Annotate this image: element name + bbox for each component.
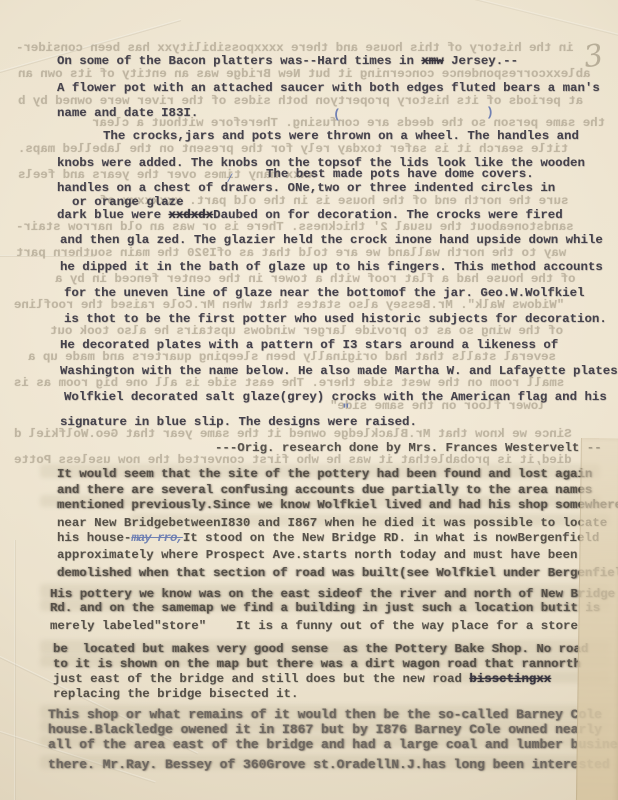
text-segment: his house- [57,531,131,545]
text-segment: Jersey.-- [444,54,518,68]
typed-line: dark blue were xxdxdxDaubed on for decor… [57,209,563,221]
bleed-through-line: of the wing so as to provide larger wind… [50,325,563,337]
pencil-page-number: 3 [582,41,605,73]
bleed-through-line: died,it is probablethat it was he who fi… [14,454,572,466]
bleed-through-line: sandstoneabout the usual 2' thickness. T… [16,221,574,233]
typed-line: Rd. and on the samemap we find a buildin… [50,602,600,614]
xout-segment: xxdxdx [169,208,214,222]
typed-line: handles on a chest of drawers. ONe,two o… [57,182,555,194]
typed-line: his house-may rro,It stood on the New Br… [57,532,599,544]
crease-top-right [472,0,618,41]
blue-paren-open-mark: ( [333,108,341,121]
typed-line: near New BridgebetweenI830 and I867 when… [57,517,607,529]
bleed-through-line: small room on the west side there. The e… [14,377,564,389]
typed-line: just east of the bridge and still does b… [53,673,551,685]
bleed-through-line: several stalls that had originally been … [28,351,556,363]
typed-line: house.Blackledge owened it in I867 but b… [48,723,602,736]
typed-line: or orange glaze [72,196,184,208]
typed-line: approximately where Prospect Ave.starts … [57,549,578,561]
text-segment: On some of the Bacon platters was--Hard … [57,54,421,68]
text-segment: Daubed on for decoration. The crocks wer… [213,208,562,222]
typed-line: he dipped it in the bath of glaze up to … [60,261,603,273]
typed-line: for the uneven line of glaze near the bo… [64,287,585,299]
typed-line: merely labeled"store" It is a funny out … [50,620,578,632]
typed-line: name and date I83I. [57,107,198,119]
text-segment: just east of the bridge and still does b… [53,672,469,686]
credit-line: ---Orig. research done by Mrs. Frances W… [215,442,602,454]
bleed-through-line: way to the north walland we are told tha… [16,247,566,259]
typed-line: It would seem that the site of the potte… [57,468,592,480]
crease-left-vertical [14,540,16,800]
bleed-through-line: of the house had a flat roof with a towe… [55,273,576,285]
text-segment: dark blue were [57,208,169,222]
typed-line: signature in blue slip. The designs were… [60,416,417,428]
bleed-through-line: in the history of this house and there x… [16,42,574,54]
typed-line: all of the area east of the bridge and h… [48,738,618,751]
typed-line: This shop or what remains of it would th… [48,708,602,721]
inserted-line: The best made pots have dome covers. [266,168,534,180]
bleed-through-line: Since we know that Mr.Blackledge owned i… [14,428,572,440]
text-segment: It stood on the New Bridge RD. in what i… [183,531,599,545]
typed-line: The crocks,jars and pots were thrown on … [103,130,579,142]
typed-line: His pottery we know was on the east side… [50,588,615,600]
typed-line: Wolfkiel decorated salt glaze(grey) croc… [64,391,607,403]
typed-line: be located but makes very good sense as … [53,643,588,655]
typed-line: demolished when that section of road was… [57,567,618,579]
blue-double-tick-mark: ″ [342,403,350,416]
scrawl-segment: may rro, [131,531,183,545]
bleed-through-line: "Widows Walk". Mr.Bessey also states tha… [14,299,564,311]
typed-line: and then gla zed. The glazier held the c… [60,234,603,246]
blue-caret-mark: ∕ [226,172,234,185]
typed-line: replacing the bridge bisected it. [53,688,298,700]
typed-line: A flower pot with an attached saucer wit… [57,82,600,94]
blue-paren-close-mark: ) [486,106,494,119]
typed-line: He decorated plates with a pattern of I3… [60,339,558,351]
bleed-through-line: title search it is safer toxday rely for… [18,143,568,155]
bleed-through-line: ablexxcorrespondence concerning it but N… [18,68,591,80]
typed-line: mentioned previously.Since we know Wolfk… [57,499,618,511]
xout-segment: bissctingxx [469,672,551,686]
typed-line: to it is shown on the map but there was … [53,658,581,670]
typed-line: On some of the Bacon platters was--Hard … [57,55,518,67]
typed-line: is thot to be the first potter who used … [64,313,607,325]
xout-segment: xmw [421,54,443,68]
scanned-typewritten-page: in the history of this house and there x… [0,0,618,800]
typed-line: there. Mr.Ray. Bessey of 360Grove st.Ora… [48,758,610,771]
overlapping-page-edge [576,438,618,800]
typed-line: and there are several confusing accounts… [57,484,592,496]
typed-line: Washington with the name below. He also … [60,365,618,377]
